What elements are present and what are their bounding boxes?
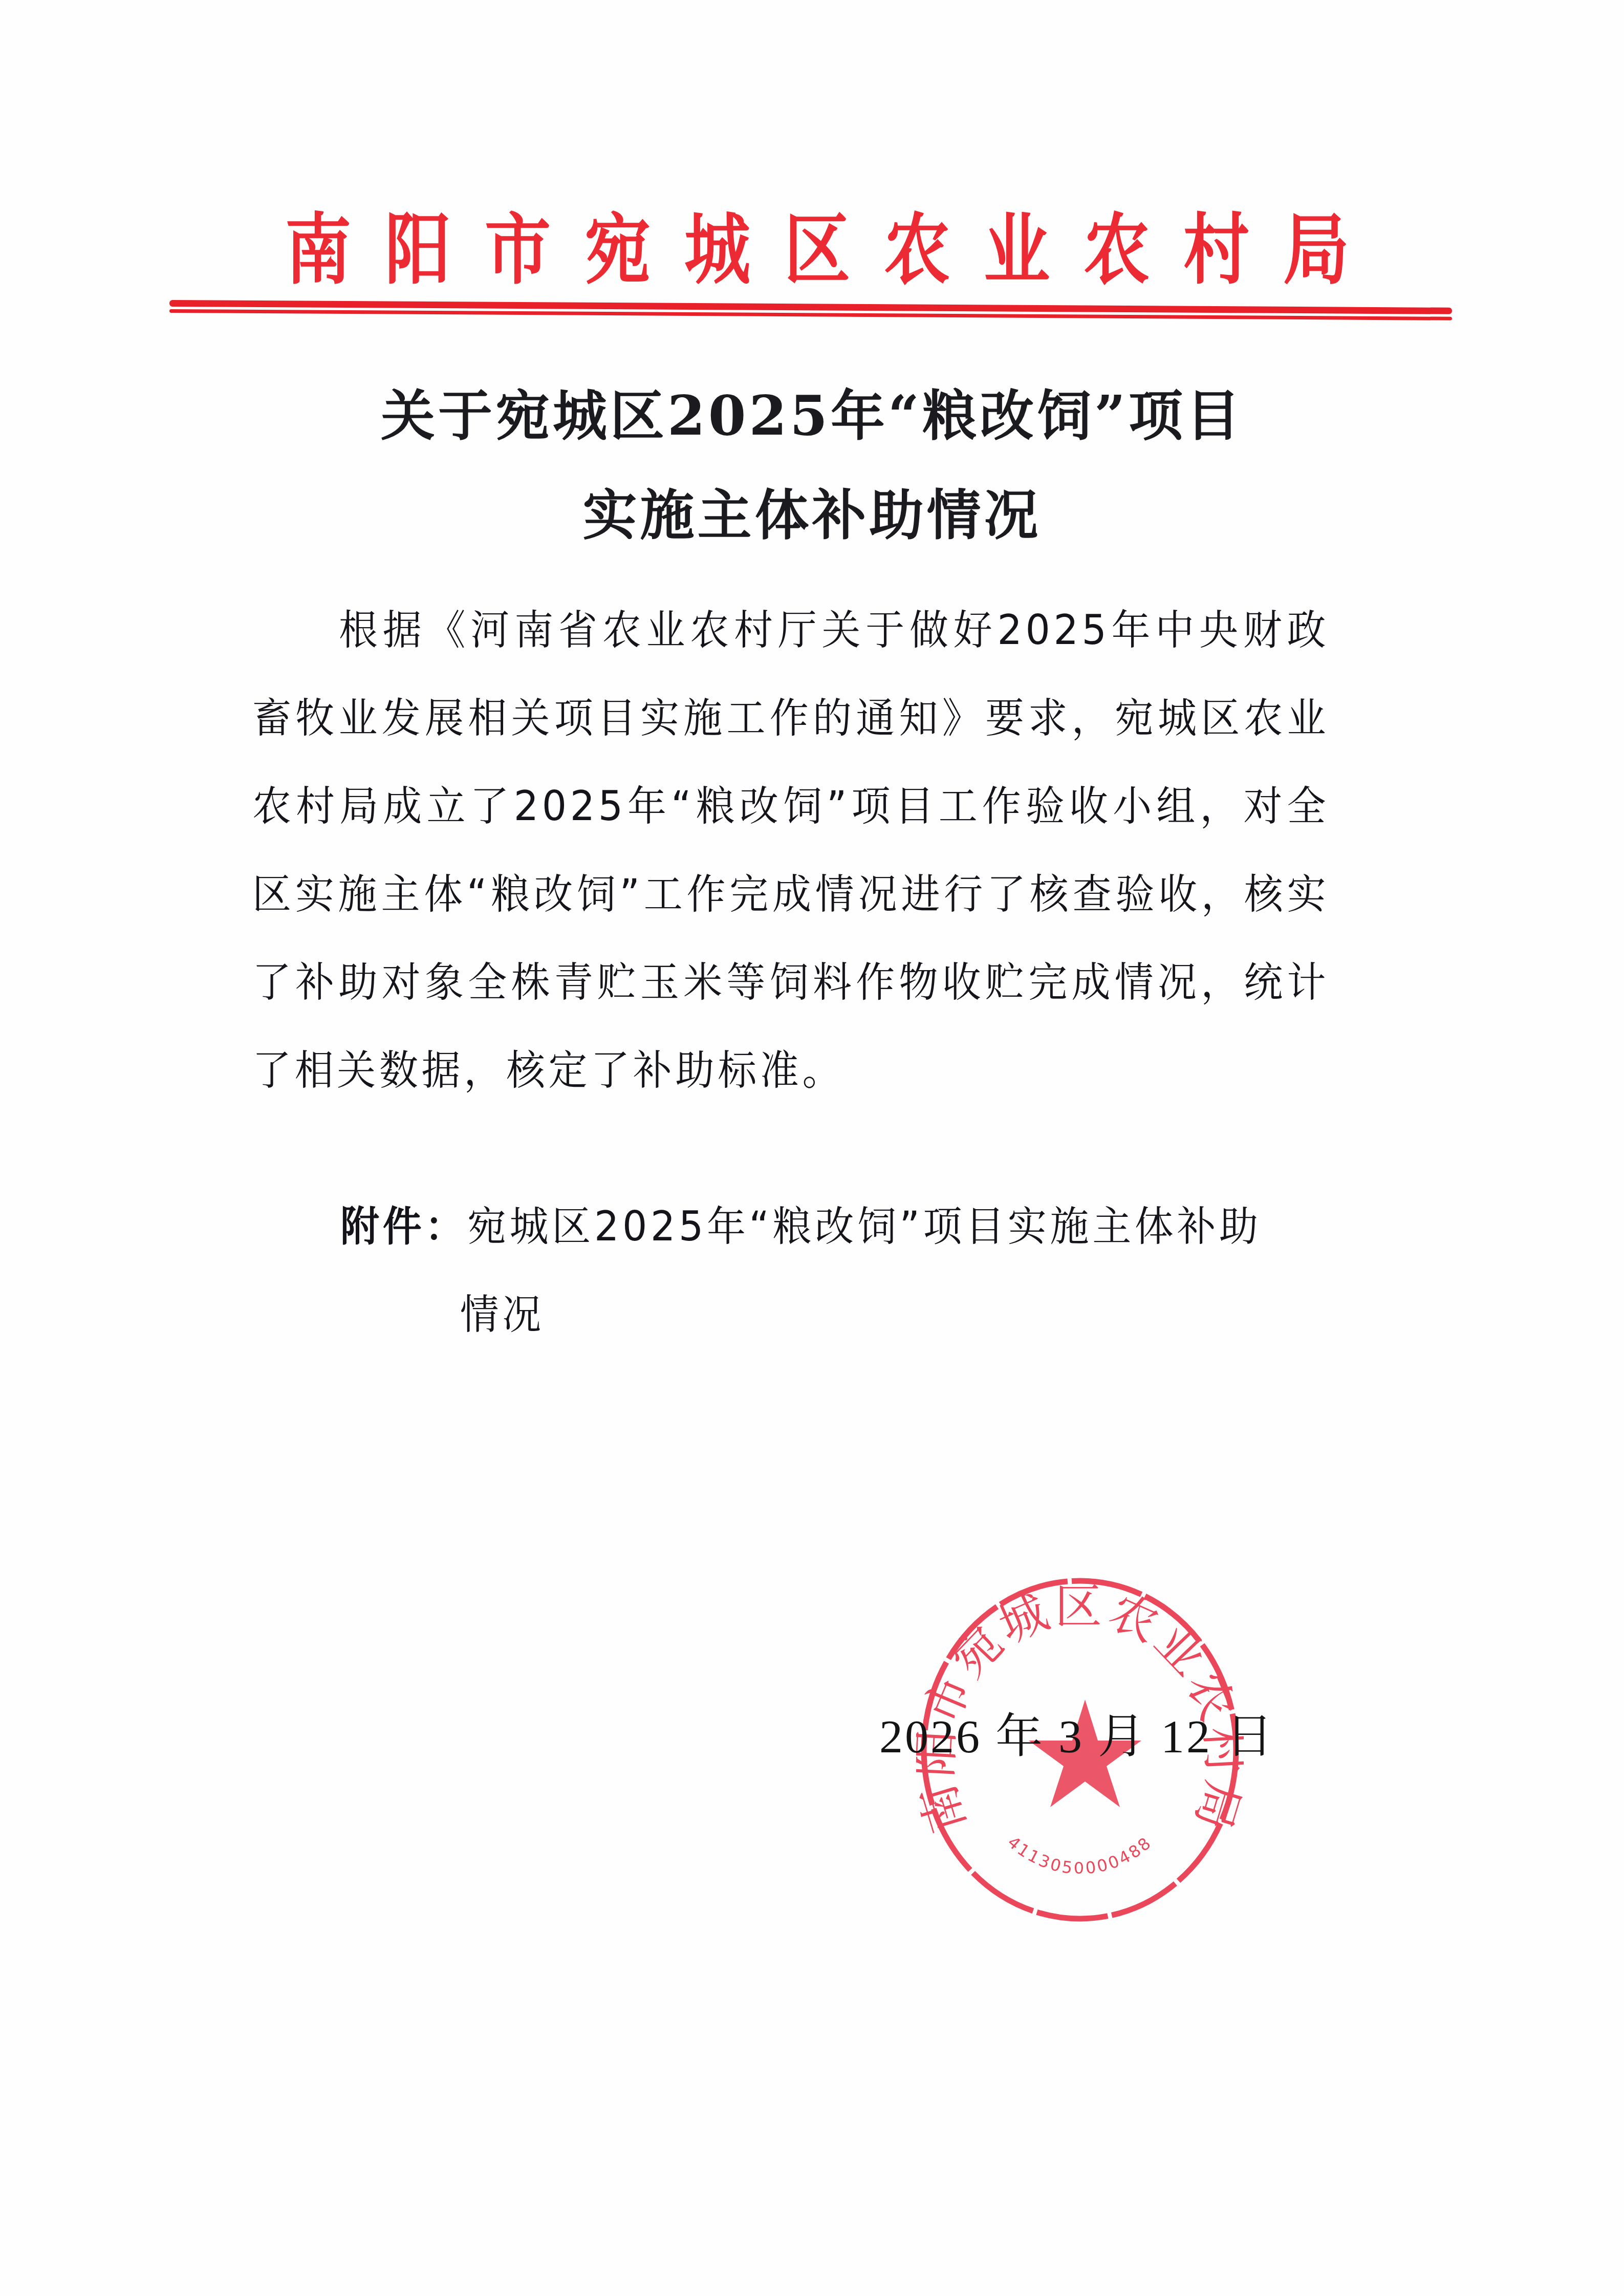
letterhead-char: 阳	[385, 204, 442, 296]
letterhead-char: 市	[485, 204, 542, 296]
attachment-text-line-1: 宛城区2025年“粮改饲”项目实施主体补助	[467, 1203, 1262, 1250]
document-title-line-2: 实施主体补助情况	[0, 472, 1624, 550]
attachment-text-line-2: 情况	[340, 1271, 1313, 1359]
letterhead-char: 城	[684, 204, 742, 296]
attachment-label: 附件：	[340, 1203, 467, 1250]
letterhead-char: 区	[784, 204, 841, 296]
letterhead-char: 农	[884, 204, 941, 296]
signature-date: 2026 年 3 月 12 日	[879, 1699, 1275, 1766]
document-title-line-1: 关于宛城区2025年“粮改饲”项目	[0, 373, 1624, 450]
attachment-note: 附件：宛城区2025年“粮改饲”项目实施主体补助 情况	[340, 1183, 1313, 1359]
letterhead-char: 村	[1183, 204, 1241, 296]
letterhead-char: 南	[285, 204, 342, 296]
letterhead-char: 局	[1283, 204, 1340, 296]
seal-code: 4113050000488	[1004, 1832, 1156, 1878]
body-paragraph: 根据《河南省农业农村厅关于做好2025年中央财政畜牧业发展相关项目实施工作的通知…	[252, 586, 1329, 1114]
letterhead-char: 业	[984, 204, 1041, 296]
document-page: 南 阳 市 宛 城 区 农 业 农 村 局 关于宛城区2025年“粮改饲”项目 …	[0, 0, 1624, 2296]
letterhead-char: 宛	[584, 204, 642, 296]
letterhead-org-name: 南 阳 市 宛 城 区 农 业 农 村 局	[280, 204, 1345, 296]
letterhead-char: 农	[1084, 204, 1141, 296]
